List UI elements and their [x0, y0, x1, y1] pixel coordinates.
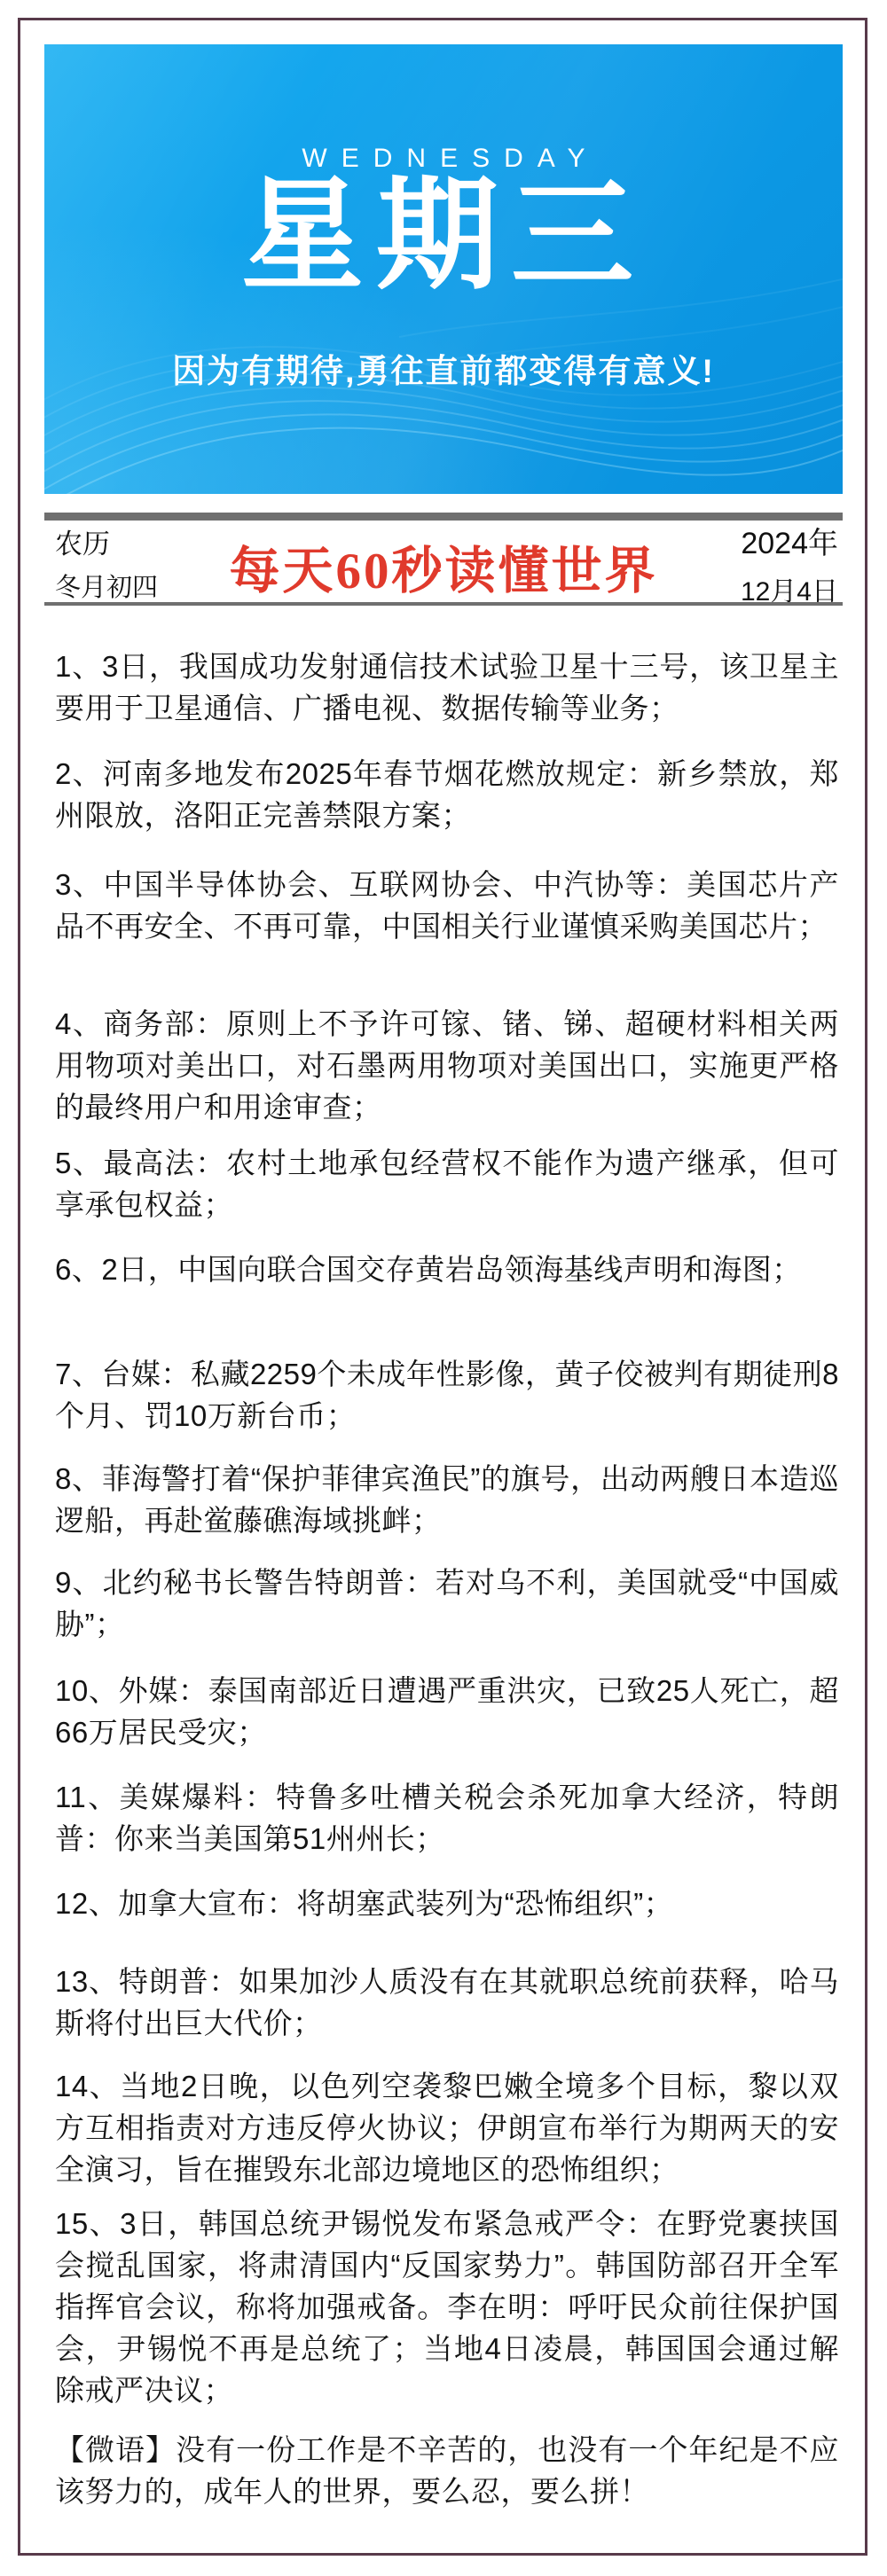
weiyu-note: 【微语】没有一份工作是不辛苦的，也没有一个年纪是不应该努力的，成年人的世界，要么…: [55, 2429, 839, 2512]
separator-thin: [44, 602, 843, 606]
news-item-13: 13、特朗普：如果加沙人质没有在其就职总统前获释，哈马斯将付出巨大代价；: [55, 1961, 839, 2044]
news-item-14: 14、当地2日晚，以色列空袭黎巴嫩全境多个目标，黎以双方互相指责对方违反停火协议…: [55, 2065, 839, 2190]
news-item-10: 10、外媒：泰国南部近日遭遇严重洪灾，已致25人死亡，超66万居民受灾；: [55, 1670, 839, 1753]
news-item-7: 7、台媒：私藏2259个未成年性影像，黄子佼被判有期徒刑8个月、罚10万新台币；: [55, 1353, 839, 1437]
gregorian-year: 2024年: [741, 519, 838, 562]
daily-title: 每天60秒读懂世界: [44, 530, 843, 603]
news-item-8: 8、菲海警打着“保护菲律宾渔民”的旗号，出动两艘日本造巡逻船，再赴鲎藤礁海域挑衅…: [55, 1458, 839, 1541]
news-item-6: 6、2日，中国向联合国交存黄岩岛领海基线声明和海图；: [55, 1249, 839, 1290]
weekday-banner: WEDNESDAY 星期三 因为有期待,勇往直前都变得有意义!: [44, 44, 843, 494]
news-item-12: 12、加拿大宣布：将胡塞武装列为“恐怖组织”；: [55, 1883, 839, 1924]
daily-news-sheet: WEDNESDAY 星期三 因为有期待,勇往直前都变得有意义! 农历 冬月初四 …: [0, 0, 887, 2576]
weekday-chinese-title: 星期三: [44, 176, 843, 298]
news-item-11: 11、美媒爆料：特鲁多吐槽关税会杀死加拿大经济，特朗普：你来当美国第51州州长；: [55, 1776, 839, 1860]
news-item-5: 5、最高法：农村土地承包经营权不能作为遗产继承，但可享承包权益；: [55, 1142, 839, 1225]
news-item-3: 3、中国半导体协会、互联网协会、中汽协等：美国芯片产品不再安全、不再可靠，中国相…: [55, 864, 839, 947]
news-item-15: 15、3日，韩国总统尹锡悦发布紧急戒严令：在野党裹挟国会搅乱国家，将肃清国内“反…: [55, 2203, 839, 2411]
news-item-4: 4、商务部：原则上不予许可镓、锗、锑、超硬材料相关两用物项对美出口，对石墨两用物…: [55, 1003, 839, 1128]
news-item-2: 2、河南多地发布2025年春节烟花燃放规定：新乡禁放，郑州限放，洛阳正完善禁限方…: [55, 753, 839, 836]
news-item-1: 1、3日，我国成功发射通信技术试验卫星十三号，该卫星主要用于卫星通信、广播电视、…: [55, 646, 839, 729]
separator-thick: [44, 513, 843, 521]
banner-motto: 因为有期待,勇往直前都变得有意义!: [44, 344, 843, 392]
news-list: 1、3日，我国成功发射通信技术试验卫星十三号，该卫星主要用于卫星通信、广播电视、…: [55, 646, 839, 2512]
news-item-9: 9、北约秘书长警告特朗普：若对乌不利，美国就受“中国威胁”；: [55, 1562, 839, 1645]
